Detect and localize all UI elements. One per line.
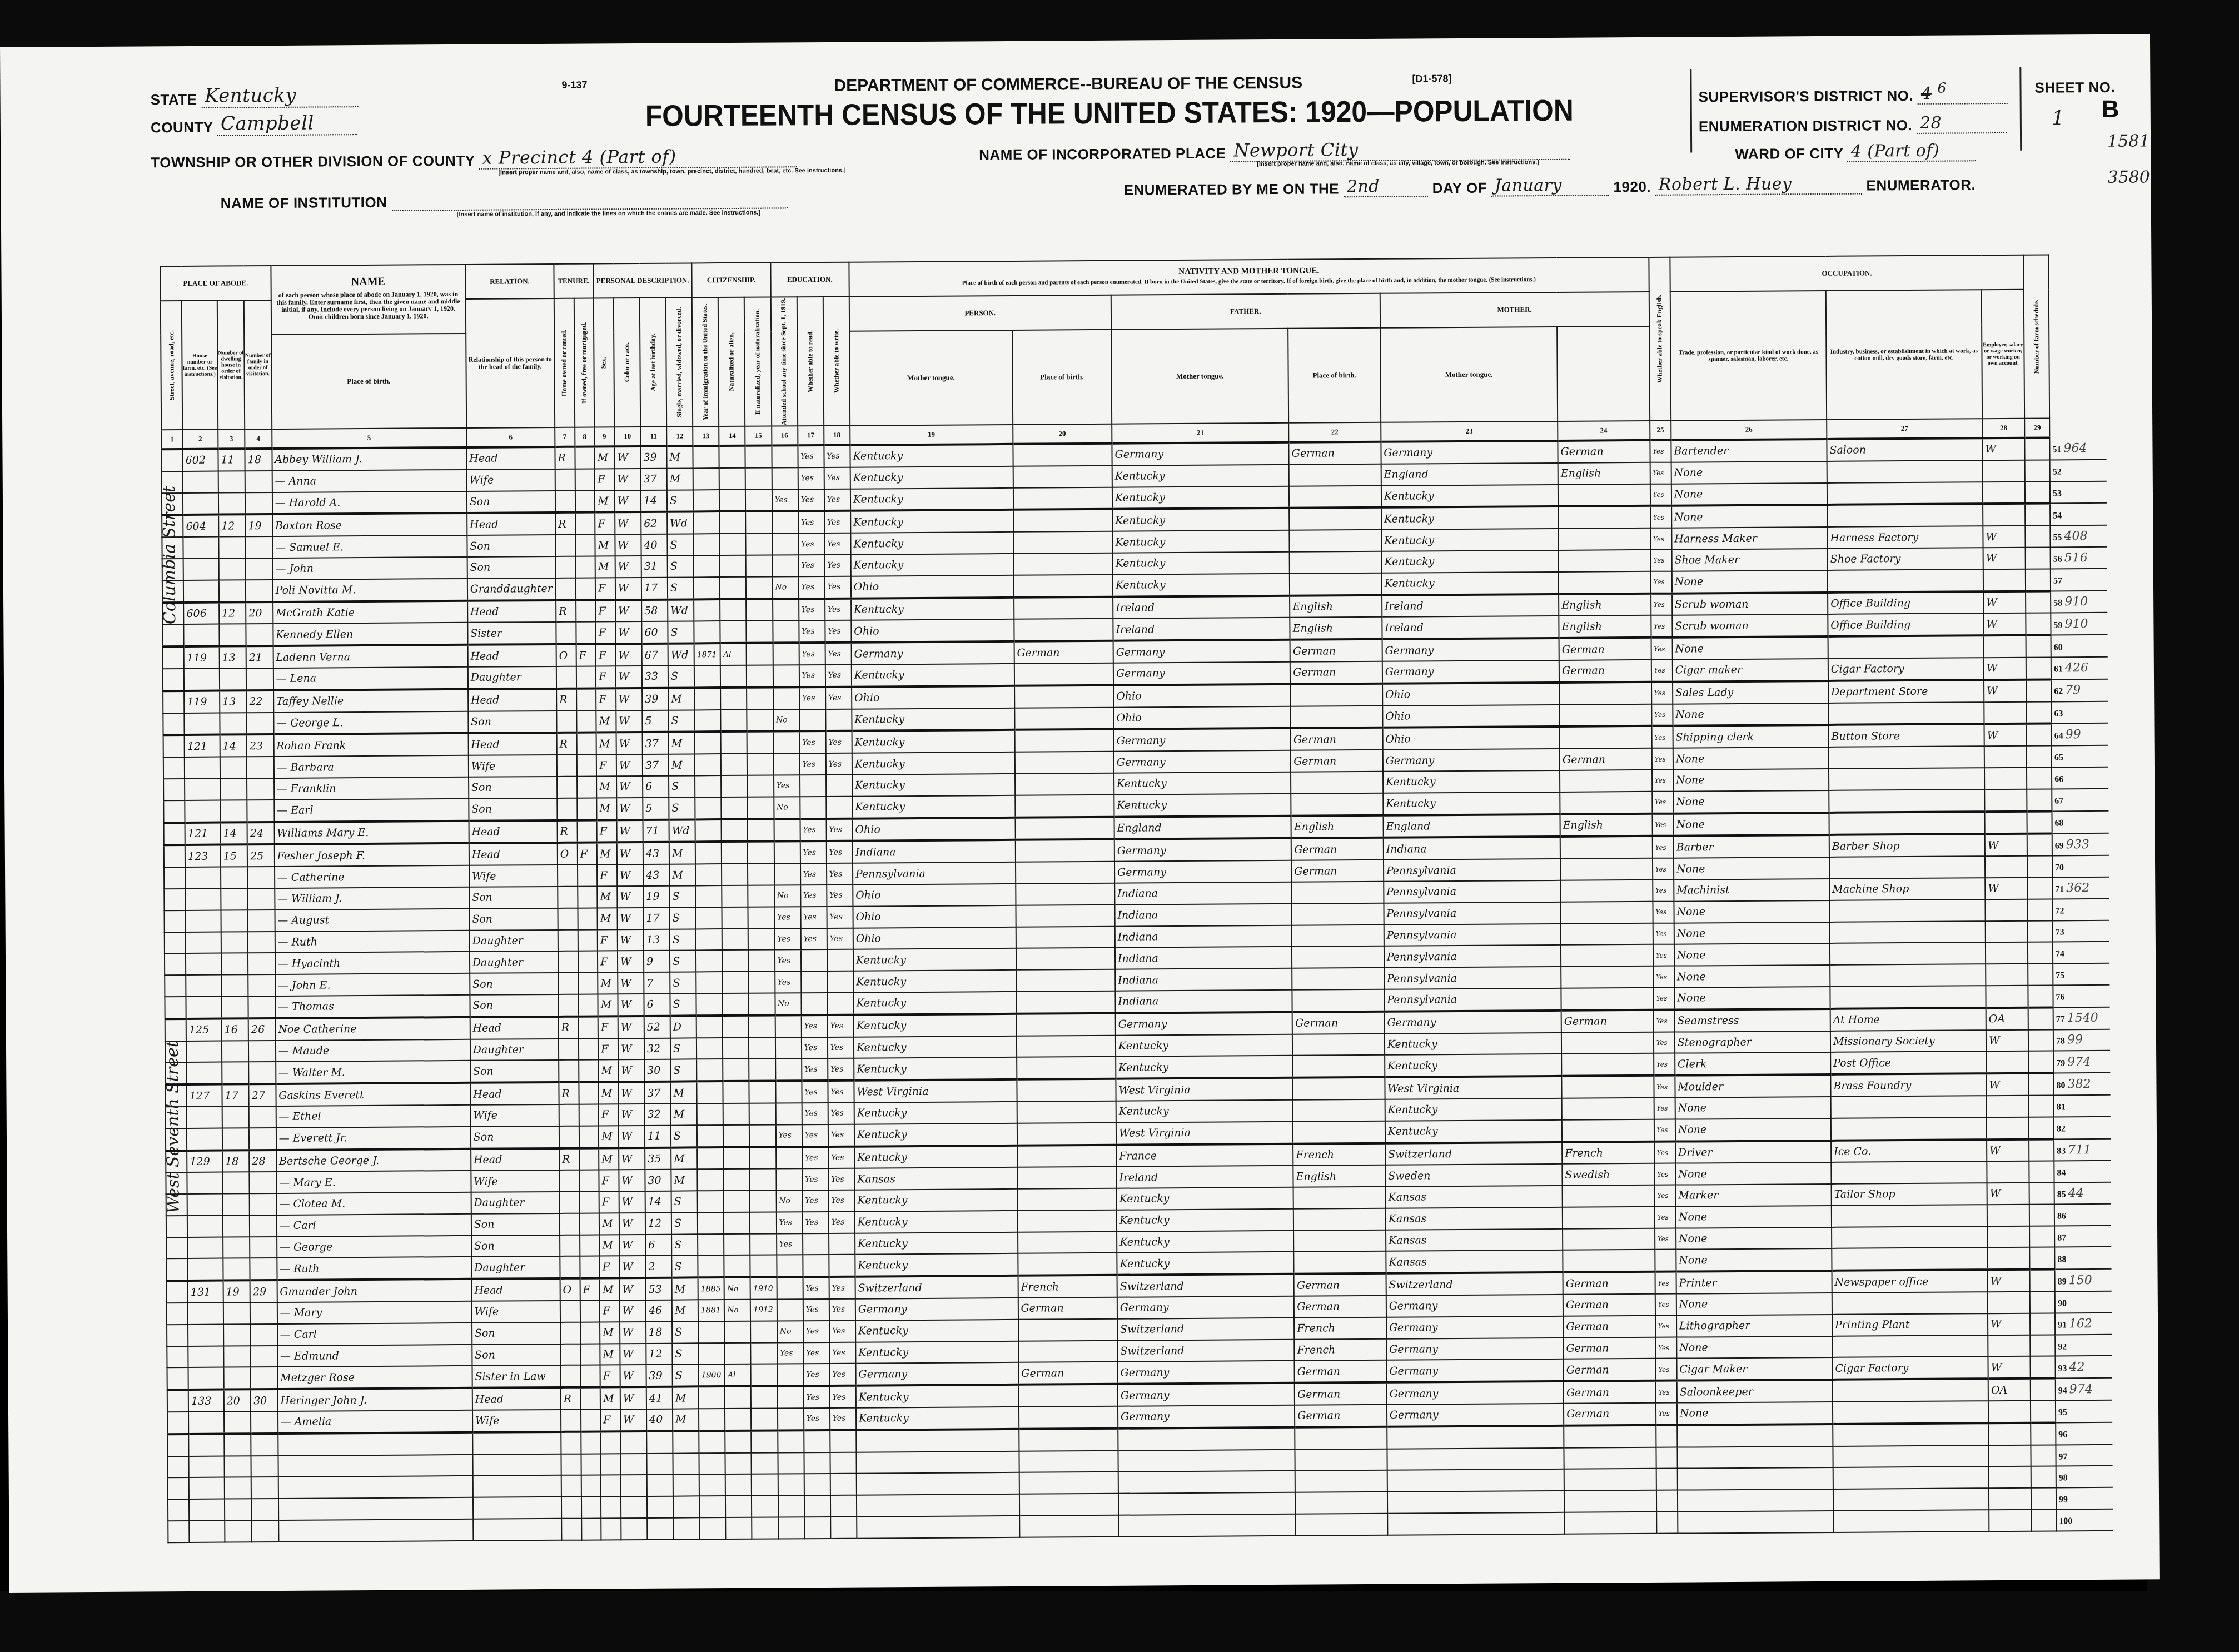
- immigration-year-cell: [693, 490, 719, 512]
- speaks-english-cell: Yes: [1655, 1294, 1676, 1316]
- mother-mother-tongue-cell: [1561, 966, 1653, 988]
- speaks-english-cell: Yes: [1651, 726, 1673, 748]
- employment-class-cell: [1984, 768, 2027, 789]
- marital-cell: S: [670, 929, 696, 951]
- relation-cell: Head: [470, 1082, 559, 1105]
- line-number-value: 72: [2055, 906, 2064, 915]
- father-tongue-cell: English: [1290, 595, 1382, 618]
- col-header-18: Whether able to write.: [823, 297, 850, 426]
- mother-birthplace-cell: Ohio: [1382, 704, 1560, 728]
- person-name-cell: Fesher Joseph F.: [274, 843, 469, 867]
- write-cell: Yes: [829, 1212, 855, 1233]
- father-birthplace-cell: Ireland: [1113, 595, 1290, 619]
- father-tongue-cell: German: [1294, 1296, 1386, 1318]
- speaks-english-cell: Yes: [1653, 901, 1674, 923]
- immigration-year-cell: [696, 972, 722, 993]
- industry-cell: [1833, 1510, 1989, 1532]
- home-owned-cell: [561, 1497, 581, 1519]
- birthplace-cell: Kentucky: [854, 1036, 1017, 1058]
- col-num: 6: [466, 427, 555, 447]
- naturalization-year-cell: [752, 1496, 778, 1517]
- house-number-cell: 119: [184, 690, 220, 713]
- naturalized-cell: [722, 972, 748, 993]
- race-cell: W: [619, 1170, 645, 1191]
- trade-cell: None: [1671, 483, 1827, 506]
- family-number-cell: [246, 536, 273, 558]
- street-cell: [166, 1216, 187, 1237]
- industry-cell: [1830, 943, 1986, 966]
- naturalized-cell: [724, 1255, 750, 1277]
- naturalized-cell: [723, 1125, 749, 1147]
- line-number-value: 77: [2056, 1014, 2065, 1024]
- write-cell: [825, 709, 852, 731]
- race-cell: W: [616, 754, 643, 776]
- dwelling-number-cell: [221, 888, 248, 910]
- family-number-cell: [248, 974, 275, 996]
- naturalization-year-cell: [745, 467, 772, 489]
- relation-cell: Son: [469, 798, 557, 821]
- marital-cell: M: [668, 688, 694, 710]
- family-number-cell: [247, 867, 275, 888]
- immigration-year-cell: 1871: [694, 643, 720, 665]
- dwelling-number-cell: 12: [219, 602, 246, 624]
- home-owned-cell: [557, 777, 577, 798]
- immigration-year-cell: [694, 534, 720, 555]
- birthplace-cell: Kentucky: [854, 1014, 1017, 1037]
- race-cell: W: [620, 1322, 646, 1344]
- immigration-year-cell: [698, 1191, 724, 1212]
- age-cell: 7: [644, 972, 670, 994]
- street-cell: [162, 537, 183, 559]
- group-nativity: NATIVITY AND MOTHER TONGUE. Place of bir…: [849, 257, 1649, 297]
- father-birthplace-cell: Germany: [1114, 750, 1291, 773]
- mother-mother-tongue-cell: German: [1564, 1403, 1656, 1426]
- line-number: 61 426: [2051, 657, 2108, 679]
- father-tongue-cell: German: [1290, 661, 1382, 684]
- immigration-year-cell: [695, 732, 721, 754]
- person-name-cell: Metzger Rose: [277, 1366, 472, 1389]
- father-birthplace-cell: Ireland: [1113, 618, 1290, 641]
- marital-cell: [673, 1453, 699, 1475]
- read-cell: Yes: [804, 1408, 830, 1430]
- group-occupation: OCCUPATION.: [1670, 255, 2024, 292]
- naturalization-year-cell: [747, 687, 773, 709]
- industry-cell: Harness Factory: [1827, 526, 1983, 549]
- farm-schedule-cell: [2031, 1488, 2056, 1510]
- employment-class-cell: [1987, 1247, 2030, 1270]
- name-heading: NAME: [271, 275, 465, 288]
- race-cell: W: [620, 1300, 646, 1322]
- dwelling-number-cell: 14: [220, 735, 247, 757]
- house-number-cell: 133: [188, 1390, 224, 1412]
- school-cell: [777, 1408, 803, 1430]
- line-number: 90: [2055, 1291, 2112, 1313]
- col-header-11: Age at last birthday.: [640, 298, 667, 427]
- house-number-cell: [186, 1062, 222, 1084]
- mortgage-cell: [578, 1038, 598, 1060]
- person-name-cell: — Walter M.: [276, 1061, 470, 1084]
- age-cell: 43: [643, 842, 669, 864]
- industry-cell: [1829, 812, 1984, 835]
- naturalized-cell: [720, 577, 746, 599]
- mother-birthplace-cell: Sweden: [1385, 1164, 1563, 1187]
- house-number-cell: [186, 910, 221, 932]
- immigration-year-cell: [696, 993, 723, 1016]
- person-name-cell: Heringer John J.: [277, 1388, 472, 1411]
- form-code: [D1-578]: [1412, 73, 1451, 84]
- employment-class-cell: [1985, 899, 2028, 920]
- line-number: 64 99: [2051, 723, 2108, 745]
- street-cell: [165, 975, 186, 997]
- immigration-year-cell: [696, 1059, 723, 1081]
- trade-cell: None: [1675, 1097, 1830, 1119]
- col-num: 19: [850, 425, 1013, 445]
- marital-cell: S: [667, 534, 693, 556]
- write-cell: Yes: [825, 731, 852, 753]
- mother-birthplace-cell: Kentucky: [1381, 484, 1559, 507]
- sex-cell: F: [598, 1038, 618, 1060]
- person-name-cell: Williams Mary E.: [274, 820, 469, 844]
- dwelling-number-cell: [219, 624, 246, 646]
- sex-cell: M: [599, 1126, 619, 1148]
- mortgage-cell: [575, 535, 595, 556]
- house-number-cell: [184, 624, 220, 646]
- home-owned-cell: R: [555, 512, 575, 535]
- line-number-value: 95: [2058, 1408, 2067, 1417]
- mortgage-cell: [578, 994, 598, 1016]
- race-cell: [620, 1454, 646, 1475]
- dwelling-number-cell: [225, 1520, 252, 1542]
- naturalized-cell: [723, 1103, 749, 1125]
- age-cell: 58: [641, 599, 668, 621]
- col-num: 15: [745, 426, 772, 446]
- mortgage-cell: [576, 688, 596, 710]
- trade-cell: Moulder: [1675, 1074, 1830, 1098]
- group-name: NAME of each person whose place of abode…: [271, 265, 466, 335]
- person-name-cell: — Clotea M.: [276, 1192, 471, 1215]
- family-number-cell: 28: [249, 1150, 276, 1172]
- employment-class-cell: [1986, 942, 2028, 964]
- dwelling-number-cell: [219, 580, 246, 602]
- immigration-year-cell: [695, 819, 722, 842]
- age-cell: 11: [645, 1125, 671, 1147]
- mother-mother-tongue-cell: English: [1559, 593, 1651, 616]
- person-name-cell: — Maude: [276, 1039, 470, 1062]
- read-cell: Yes: [803, 1342, 829, 1364]
- employment-class-cell: W: [1986, 1029, 2029, 1051]
- immigration-year-cell: [695, 797, 721, 819]
- farm-schedule-cell: [2029, 1183, 2054, 1205]
- line-number-value: 82: [2057, 1124, 2066, 1133]
- employment-class-cell: [1986, 920, 2028, 942]
- trade-cell: None: [1676, 1248, 1832, 1272]
- mortgage-cell: [580, 1344, 600, 1365]
- street-cell: [166, 1128, 187, 1151]
- family-number-cell: 26: [248, 1018, 276, 1041]
- line-number: 71 362: [2052, 877, 2109, 899]
- family-number-cell: [248, 1062, 276, 1084]
- employment-class-cell: [1988, 1445, 2031, 1466]
- relation-cell: [472, 1475, 561, 1497]
- trade-cell: Bartender: [1671, 439, 1827, 462]
- home-owned-cell: [561, 1475, 581, 1497]
- margin-code: 426: [2065, 661, 2088, 675]
- read-cell: Yes: [802, 1103, 828, 1124]
- home-owned-cell: [560, 1213, 580, 1235]
- home-owned-cell: R: [557, 820, 577, 843]
- house-number-cell: 121: [185, 735, 220, 757]
- employment-class-cell: [1986, 986, 2028, 1008]
- mother-birthplace-cell: Ireland: [1382, 594, 1559, 617]
- relation-cell: Daughter: [471, 1256, 560, 1279]
- school-cell: [778, 1452, 804, 1474]
- birthplace-cell: Kentucky: [855, 1341, 1018, 1364]
- line-number: 88: [2054, 1247, 2111, 1269]
- marital-cell: Wd: [667, 512, 693, 534]
- immigration-year-cell: [698, 1234, 724, 1256]
- mother-birthplace-cell: Germany: [1387, 1404, 1564, 1427]
- employment-class-cell: OA: [1986, 1007, 2029, 1029]
- person-name-cell: Gaskins Everett: [276, 1083, 470, 1106]
- naturalized-cell: [721, 709, 747, 732]
- write-cell: Yes: [827, 863, 853, 885]
- naturalization-year-cell: [748, 819, 774, 842]
- birthplace-cell: Germany: [855, 1362, 1018, 1386]
- read-cell: Yes: [798, 533, 824, 555]
- home-owned-cell: R: [559, 1016, 579, 1038]
- margin-spacer: [2048, 255, 2106, 438]
- person-name-cell: — Thomas: [275, 995, 470, 1018]
- age-cell: [647, 1518, 673, 1540]
- margin-code: 408: [2064, 529, 2087, 543]
- dwelling-number-cell: [221, 867, 248, 888]
- father-tongue-cell: [1292, 924, 1384, 947]
- mother-mother-tongue-cell: [1559, 550, 1651, 572]
- naturalization-year-cell: [750, 1212, 776, 1233]
- street-cell: [167, 1281, 188, 1303]
- marital-cell: M: [669, 754, 695, 776]
- dwelling-number-cell: [223, 1302, 251, 1324]
- farm-schedule-cell: [2026, 504, 2051, 526]
- read-cell: [799, 709, 825, 732]
- relation-cell: Daughter: [468, 666, 556, 689]
- trade-cell: None: [1673, 747, 1829, 770]
- dwelling-number-cell: 12: [218, 515, 246, 537]
- mortgage-cell: [578, 865, 598, 887]
- relation-cell: Son: [472, 1344, 560, 1366]
- relation-cell: Son: [470, 994, 558, 1017]
- family-number-cell: [248, 910, 275, 932]
- mother-birthplace-cell: Germany: [1384, 1011, 1561, 1034]
- read-cell: Yes: [800, 863, 827, 885]
- person-name-cell: Poli Novitta M.: [273, 579, 467, 602]
- immigration-year-cell: [695, 754, 721, 775]
- naturalized-cell: [723, 1059, 749, 1081]
- mortgage-cell: [581, 1454, 601, 1475]
- birthplace-cell: Kentucky: [851, 597, 1014, 620]
- write-cell: Yes: [825, 620, 851, 643]
- institution-label: NAME OF INSTITUTION: [221, 194, 387, 212]
- industry-cell: [1833, 1401, 1988, 1424]
- father-tongue-cell: German: [1294, 1273, 1386, 1296]
- father-tongue-cell: [1289, 485, 1381, 508]
- write-cell: Yes: [825, 576, 851, 598]
- col-header-16: Attended school any time since Sept. 1, …: [770, 297, 798, 426]
- mother-mother-tongue-cell: [1558, 528, 1650, 550]
- trade-cell: [1678, 1511, 1833, 1534]
- school-cell: [778, 1495, 804, 1517]
- age-cell: 37: [643, 754, 669, 776]
- sex-cell: [601, 1496, 621, 1518]
- street-cell: [164, 867, 185, 889]
- home-owned-cell: O: [558, 843, 578, 865]
- person-name-cell: — Mary E.: [276, 1171, 471, 1193]
- street-cell: [163, 757, 185, 779]
- employment-class-cell: [1985, 856, 2028, 878]
- school-cell: No: [773, 709, 799, 732]
- person-name-cell: Taffey Nellie: [273, 689, 468, 713]
- mother-mother-tongue-cell: [1559, 682, 1651, 705]
- father-tongue-cell: [1293, 1208, 1386, 1231]
- col-num: 13: [693, 426, 719, 446]
- street-cell: [167, 1346, 188, 1368]
- father-tongue-cell: German: [1290, 639, 1382, 662]
- margin-code: 150: [2069, 1273, 2092, 1287]
- enumeration-district-label: ENUMERATION DISTRICT NO.: [1699, 117, 1912, 135]
- birthplace-cell: Ohio: [853, 884, 1016, 907]
- industry-cell: Office Building: [1828, 614, 1983, 637]
- naturalized-cell: [722, 819, 748, 842]
- father-birthplace-cell: Kentucky: [1114, 772, 1291, 795]
- dwelling-number-cell: [223, 1367, 251, 1390]
- employment-class-cell: [1983, 460, 2026, 482]
- relation-cell: Son: [470, 973, 558, 995]
- race-cell: W: [616, 798, 643, 820]
- page-title: FOURTEENTH CENSUS OF THE UNITED STATES: …: [645, 93, 1574, 133]
- trade-cell: None: [1673, 703, 1828, 726]
- mother-mother-tongue-cell: [1563, 1185, 1655, 1207]
- family-number-cell: 22: [246, 690, 273, 713]
- speaks-english-cell: [1656, 1512, 1678, 1534]
- subgroup-mother: MOTHER.: [1380, 292, 1649, 328]
- age-cell: [647, 1475, 673, 1496]
- father-birthplace-cell: Kentucky: [1113, 574, 1290, 597]
- mother-birthplace-cell: Germany: [1381, 441, 1558, 464]
- school-cell: [775, 1103, 802, 1124]
- industry-cell: [1831, 1117, 1987, 1141]
- dwelling-number-cell: 13: [220, 690, 247, 713]
- sex-cell: M: [596, 710, 616, 733]
- enumerated-label: ENUMERATED BY ME ON THE: [1124, 180, 1340, 198]
- house-number-cell: [188, 1258, 223, 1281]
- relation-cell: Daughter: [471, 1192, 559, 1214]
- mortgage-cell: [576, 622, 596, 644]
- speaks-english-cell: Yes: [1650, 484, 1671, 506]
- home-owned-cell: [560, 1192, 580, 1213]
- write-cell: Yes: [828, 1081, 854, 1103]
- marital-cell: S: [670, 951, 696, 972]
- mortgage-cell: [575, 446, 595, 469]
- house-number-cell: [186, 1041, 222, 1062]
- marital-cell: S: [669, 797, 695, 819]
- home-owned-cell: [556, 710, 576, 733]
- sex-cell: [600, 1431, 620, 1454]
- school-cell: [774, 842, 800, 864]
- read-cell: [800, 775, 826, 797]
- home-owned-cell: [557, 798, 577, 820]
- house-number-cell: [186, 975, 221, 997]
- school-cell: [775, 1037, 801, 1059]
- line-number-value: 83: [2057, 1146, 2066, 1156]
- col-num: 22: [1288, 422, 1381, 442]
- read-cell: Yes: [799, 643, 825, 665]
- farm-schedule-cell: [2032, 1509, 2057, 1531]
- mother-tongue-cell: [1014, 596, 1113, 619]
- house-number-cell: [188, 1367, 224, 1390]
- age-cell: 35: [645, 1147, 671, 1170]
- mother-tongue-cell: [1018, 1231, 1117, 1253]
- immigration-year-cell: [694, 710, 720, 732]
- family-number-cell: [251, 1434, 278, 1456]
- home-owned-cell: [560, 1344, 580, 1365]
- immigration-year-cell: [698, 1343, 724, 1365]
- person-name-cell: — Carl: [277, 1323, 472, 1346]
- marital-cell: D: [670, 1016, 696, 1038]
- line-number: 91 162: [2055, 1313, 2112, 1335]
- employment-class-cell: [1988, 1335, 2031, 1356]
- father-birthplace-cell: Kentucky: [1117, 1187, 1294, 1210]
- speaks-english-cell: Yes: [1651, 681, 1673, 704]
- mother-mother-tongue-cell: German: [1559, 638, 1651, 660]
- dwelling-number-cell: [218, 558, 246, 580]
- dwelling-number-cell: [222, 1172, 250, 1194]
- day-of-label: DAY OF: [1432, 180, 1487, 197]
- marital-cell: M: [666, 446, 693, 468]
- house-number-cell: [186, 997, 222, 1019]
- dwelling-number-cell: [221, 996, 248, 1018]
- speaks-english-cell: Yes: [1654, 1141, 1675, 1163]
- age-cell: 17: [641, 577, 668, 599]
- dwelling-number-cell: [223, 1237, 250, 1258]
- farm-schedule-cell: [2025, 460, 2050, 481]
- write-cell: Yes: [827, 885, 853, 907]
- trade-cell: None: [1674, 922, 1829, 944]
- industry-cell: Tailor Shop: [1831, 1183, 1987, 1206]
- naturalization-year-cell: [748, 928, 774, 950]
- line-number: 60: [2051, 635, 2108, 657]
- county-field: COUNTY Campbell: [151, 112, 357, 136]
- birthplace-cell: [856, 1429, 1019, 1452]
- house-number-cell: [183, 559, 219, 580]
- street-cell: [162, 603, 183, 625]
- person-name-cell: — Ethel: [276, 1105, 470, 1128]
- line-number: 78 99: [2053, 1029, 2110, 1051]
- marital-cell: M: [671, 1103, 697, 1125]
- speaks-english-cell: [1655, 1250, 1676, 1272]
- read-cell: [803, 1255, 829, 1277]
- relation-cell: Sister in Law: [472, 1365, 560, 1388]
- street-cell: [168, 1477, 189, 1499]
- age-cell: 60: [641, 621, 668, 644]
- birthplace-cell: Kentucky: [853, 948, 1016, 971]
- street-cell: [161, 449, 182, 471]
- speaks-english-cell: Yes: [1651, 704, 1673, 726]
- naturalized-cell: [720, 599, 746, 621]
- write-cell: [829, 1255, 855, 1277]
- naturalization-year-cell: [746, 511, 772, 534]
- relation-cell: Wife: [469, 865, 558, 887]
- naturalization-year-cell: [752, 1474, 778, 1496]
